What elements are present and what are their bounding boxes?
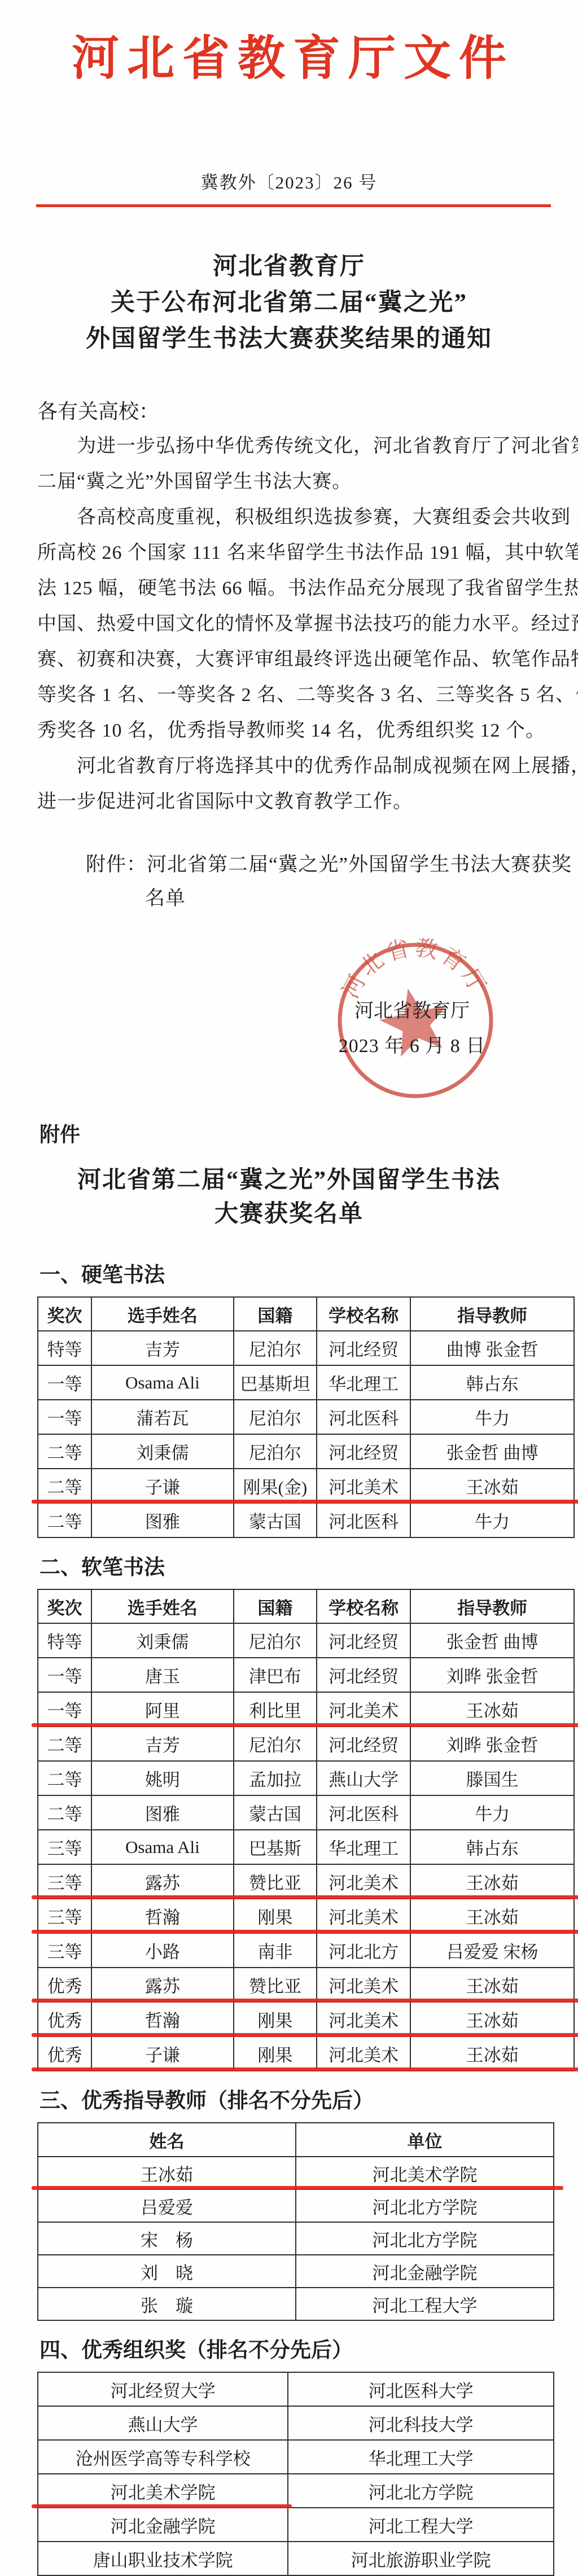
soft-pen-table-wrap: 奖次选手姓名国籍学校名称指导教师特等刘秉儒尼泊尔河北经贸张金哲 曲博一等唐玉津巴… bbox=[37, 1589, 575, 2071]
table-cell: 河北美术学院 bbox=[38, 2474, 288, 2508]
table-cell: 王冰茹 bbox=[410, 1469, 574, 1503]
table-cell: 河北工程大学 bbox=[296, 2288, 554, 2320]
table-row: 刘 晓河北金融学院 bbox=[38, 2255, 554, 2288]
teachers-table-wrap: 姓名单位王冰茹河北美术学院吕爱爱河北北方学院宋 杨河北北方学院刘 晓河北金融学院… bbox=[37, 2122, 554, 2321]
table-cell: 张金哲 曲博 bbox=[410, 1434, 574, 1469]
table-cell: 河北美术 bbox=[317, 1692, 410, 1727]
table-row: 唐山职业技术学院河北旅游职业学院 bbox=[38, 2542, 554, 2575]
column-header: 选手姓名 bbox=[91, 1589, 234, 1623]
table-cell: 河北经贸 bbox=[317, 1658, 410, 1692]
table-cell: 王冰茹 bbox=[410, 1864, 574, 1899]
table-cell: 河北旅游职业学院 bbox=[288, 2542, 554, 2575]
table-cell: 河北北方学院 bbox=[296, 2189, 554, 2222]
award-table: 河北经贸大学河北医科大学燕山大学河北科技大学沧州医学高等专科学校华北理工大学河北… bbox=[37, 2372, 554, 2576]
table-cell: 河北经贸 bbox=[317, 1331, 410, 1365]
table-cell: 张金哲 曲博 bbox=[410, 1623, 574, 1658]
header-row: 奖次选手姓名国籍学校名称指导教师 bbox=[38, 1589, 574, 1623]
table-cell: 河北医科 bbox=[317, 1503, 410, 1537]
table-row: 宋 杨河北北方学院 bbox=[38, 2222, 554, 2255]
table-cell: 哲瀚 bbox=[91, 2002, 234, 2036]
table-cell: Osama Ali bbox=[91, 1365, 234, 1400]
column-header: 单位 bbox=[296, 2123, 554, 2157]
table-row: 三等露苏赞比亚河北美术王冰茹 bbox=[38, 1864, 574, 1899]
table-row: 张 璇河北工程大学 bbox=[38, 2288, 554, 2320]
table-cell: 河北美术学院 bbox=[296, 2157, 554, 2189]
table-cell: 河北美术 bbox=[317, 1469, 410, 1503]
table-cell: 特等 bbox=[38, 1623, 91, 1658]
table-row: 特等刘秉儒尼泊尔河北经贸张金哲 曲博 bbox=[38, 1623, 574, 1658]
table-cell: 优秀 bbox=[38, 1968, 91, 2002]
table-cell: 孟加拉 bbox=[234, 1761, 317, 1795]
table-cell: 华北理工大学 bbox=[288, 2440, 554, 2474]
table-cell: 尼泊尔 bbox=[234, 1727, 317, 1761]
table-cell: 二等 bbox=[38, 1761, 91, 1795]
table-cell: 河北金融学院 bbox=[296, 2255, 554, 2288]
column-header: 姓名 bbox=[38, 2123, 296, 2157]
table-cell: 韩占东 bbox=[410, 1830, 574, 1864]
table-cell: 一等 bbox=[38, 1658, 91, 1692]
table-cell: 一等 bbox=[38, 1400, 91, 1434]
table-cell: 河北经贸 bbox=[317, 1434, 410, 1469]
table-cell: 燕山大学 bbox=[317, 1761, 410, 1795]
table-row: 一等Osama Ali巴基斯坦华北理工韩占东 bbox=[38, 1365, 574, 1400]
table-cell: 河北科技大学 bbox=[288, 2406, 554, 2440]
table-cell: 河北北方学院 bbox=[288, 2474, 554, 2508]
text-line: 大赛获奖名单 bbox=[0, 1197, 578, 1231]
table-cell: 王冰茹 bbox=[410, 1899, 574, 1933]
text-line: 河北省教育厅 bbox=[0, 249, 578, 285]
text-line: 附件：河北省第二届“冀之光”外国留学生书法大赛获奖 bbox=[86, 848, 578, 882]
text-line: 所高校 26 个国家 111 名来华留学生书法作品 191 幅，其中软笔书 bbox=[37, 535, 550, 571]
section-heading-teachers: 三、优秀指导教师（排名不分先后） bbox=[40, 2087, 578, 2114]
table-cell: 利比里 bbox=[234, 1692, 317, 1727]
text-line: 法 125 幅，硬笔书法 66 幅。书法作品充分展现了我省留学生热爱 bbox=[37, 571, 550, 606]
section-heading-organization: 四、优秀组织奖（排名不分先后） bbox=[40, 2337, 578, 2364]
column-header: 国籍 bbox=[234, 1589, 317, 1623]
text-line: 外国留学生书法大赛获奖结果的通知 bbox=[0, 321, 578, 357]
table-cell: 哲瀚 bbox=[91, 1899, 234, 1933]
table-cell: 露苏 bbox=[91, 1968, 234, 2002]
text-line: 等奖各 1 名、一等奖各 2 名、二等奖各 3 名、三等奖各 5 名、优 bbox=[37, 677, 550, 713]
table-cell: 津巴布 bbox=[234, 1658, 317, 1692]
table-row: 河北经贸大学河北医科大学 bbox=[38, 2372, 554, 2406]
table-cell: 姚明 bbox=[91, 1761, 234, 1795]
table-cell: 河北金融学院 bbox=[38, 2508, 288, 2542]
table-cell: 一等 bbox=[38, 1692, 91, 1727]
table-cell: 河北经贸 bbox=[317, 1727, 410, 1761]
table-cell: 吉芳 bbox=[91, 1727, 234, 1761]
table-cell: 滕国生 bbox=[410, 1761, 574, 1795]
table-cell: 刘晔 张金哲 bbox=[410, 1727, 574, 1761]
text-line: 名单 bbox=[86, 882, 578, 915]
table-cell: 刚果 bbox=[234, 1899, 317, 1933]
table-cell: 张 璇 bbox=[38, 2288, 296, 2320]
table-cell: 王冰茹 bbox=[410, 1968, 574, 2002]
table-row: 二等图雅蒙古国河北医科牛力 bbox=[38, 1503, 574, 1537]
table-cell: 曲博 张金哲 bbox=[410, 1331, 574, 1365]
table-cell: 南非 bbox=[234, 1933, 317, 1968]
table-cell: 二等 bbox=[38, 1434, 91, 1469]
table-cell: 吕爱爱 bbox=[38, 2189, 296, 2222]
table-cell: 吕爱爱 宋杨 bbox=[410, 1933, 574, 1968]
table-cell: 优秀 bbox=[38, 2036, 91, 2071]
signature-agency: 河北省教育厅 bbox=[322, 999, 502, 1024]
table-cell: 巴基斯坦 bbox=[234, 1365, 317, 1400]
text-line: 秀奖各 10 名，优秀指导教师奖 14 名，优秀组织奖 12 个。 bbox=[37, 713, 550, 748]
table-cell: 燕山大学 bbox=[38, 2406, 288, 2440]
document-title: 河北省教育厅关于公布河北省第二届“冀之光”外国留学生书法大赛获奖结果的通知 bbox=[0, 249, 578, 357]
table-cell: 河北医科 bbox=[317, 1795, 410, 1830]
document-masthead: 河北省教育厅文件 bbox=[0, 26, 578, 93]
table-cell: 二等 bbox=[38, 1727, 91, 1761]
body-paragraphs: 为进一步弘扬中华优秀传统文化，河北省教育厅了河北省第二届“冀之光”外国留学生书法… bbox=[37, 428, 550, 820]
text-line: 为进一步弘扬中华优秀传统文化，河北省教育厅了河北省第 bbox=[37, 428, 550, 464]
table-cell: 小路 bbox=[91, 1933, 234, 1968]
document-number: 冀教外〔2023〕26 号 bbox=[0, 172, 578, 194]
signature-block: 河北省教育厅 河北省教育厅 2023 年 6 月 8 日 bbox=[0, 937, 578, 1109]
column-header: 选手姓名 bbox=[91, 1297, 234, 1331]
attachment-label: 附件 bbox=[40, 1121, 578, 1147]
table-cell: 唐玉 bbox=[91, 1658, 234, 1692]
table-cell: 图雅 bbox=[91, 1795, 234, 1830]
table-cell: 牛力 bbox=[410, 1795, 574, 1830]
table-cell: 沧州医学高等专科学校 bbox=[38, 2440, 288, 2474]
table-cell: 三等 bbox=[38, 1899, 91, 1933]
table-cell: 特等 bbox=[38, 1331, 91, 1365]
table-row: 河北金融学院河北工程大学 bbox=[38, 2508, 554, 2542]
section-heading-soft-pen: 二、软笔书法 bbox=[40, 1554, 578, 1581]
table-cell: 刚果 bbox=[234, 2002, 317, 2036]
table-cell: 牛力 bbox=[410, 1503, 574, 1537]
table-row: 三等哲瀚刚果河北美术王冰茹 bbox=[38, 1899, 574, 1933]
table-cell: 唐山职业技术学院 bbox=[38, 2542, 288, 2575]
table-row: 二等图雅蒙古国河北医科牛力 bbox=[38, 1795, 574, 1830]
table-cell: 刚果(金) bbox=[234, 1469, 317, 1503]
column-header: 指导教师 bbox=[410, 1297, 574, 1331]
table-cell: 刘秉儒 bbox=[91, 1623, 234, 1658]
table-row: 二等姚明孟加拉燕山大学滕国生 bbox=[38, 1761, 574, 1795]
table-cell: 河北北方 bbox=[317, 1933, 410, 1968]
text-line: 河北省教育厅将选择其中的优秀作品制成视频在网上展播， bbox=[37, 748, 550, 784]
table-cell: 王冰茹 bbox=[410, 2002, 574, 2036]
table-row: 一等唐玉津巴布河北经贸刘晔 张金哲 bbox=[38, 1658, 574, 1692]
table-cell: 华北理工 bbox=[317, 1365, 410, 1400]
section-heading-hard-pen: 一、硬笔书法 bbox=[40, 1261, 578, 1289]
table-cell: 子谦 bbox=[91, 2036, 234, 2071]
scanned-document-page: 河北省教育厅文件 冀教外〔2023〕26 号 河北省教育厅关于公布河北省第二届“… bbox=[0, 0, 578, 2576]
table-row: 优秀子谦刚果河北美术王冰茹 bbox=[38, 2036, 574, 2071]
column-header: 指导教师 bbox=[410, 1589, 574, 1623]
text-line: 中国、热爱中国文化的情怀及掌握书法技巧的能力水平。经过预 bbox=[37, 606, 550, 642]
table-row: 优秀露苏赞比亚河北美术王冰茹 bbox=[38, 1968, 574, 2002]
text-line: 河北省第二届“冀之光”外国留学生书法 bbox=[0, 1163, 578, 1197]
table-cell: 河北美术 bbox=[317, 1968, 410, 2002]
table-row: 吕爱爱河北北方学院 bbox=[38, 2189, 554, 2222]
column-header: 学校名称 bbox=[317, 1589, 410, 1623]
table-cell: 三等 bbox=[38, 1864, 91, 1899]
text-line: 关于公布河北省第二届“冀之光” bbox=[0, 285, 578, 321]
header-row: 奖次选手姓名国籍学校名称指导教师 bbox=[38, 1297, 574, 1331]
header-row: 姓名单位 bbox=[38, 2123, 554, 2157]
table-cell: 河北经贸 bbox=[317, 1623, 410, 1658]
attachment-note: 附件：河北省第二届“冀之光”外国留学生书法大赛获奖名单 bbox=[86, 848, 578, 915]
table-row: 一等阿里利比里河北美术王冰茹 bbox=[38, 1692, 574, 1727]
table-row: 一等蒲若瓦尼泊尔河北医科牛力 bbox=[38, 1400, 574, 1434]
table-cell: 三等 bbox=[38, 1830, 91, 1864]
table-cell: 河北美术 bbox=[317, 1864, 410, 1899]
award-table: 奖次选手姓名国籍学校名称指导教师特等刘秉儒尼泊尔河北经贸张金哲 曲博一等唐玉津巴… bbox=[37, 1589, 575, 2071]
signature-date: 2023 年 6 月 8 日 bbox=[322, 1034, 502, 1059]
table-cell: 王冰茹 bbox=[410, 2036, 574, 2071]
table-cell: 尼泊尔 bbox=[234, 1331, 317, 1365]
table-cell: 宋 杨 bbox=[38, 2222, 296, 2255]
table-cell: 河北美术 bbox=[317, 2002, 410, 2036]
table-cell: 图雅 bbox=[91, 1503, 234, 1537]
table-cell: 王冰茹 bbox=[38, 2157, 296, 2189]
text-line: 各高校高度重视，积极组织选拔参赛，大赛组委会共收到 12 bbox=[37, 500, 550, 535]
table-cell: 尼泊尔 bbox=[234, 1434, 317, 1469]
table-cell: 刚果 bbox=[234, 2036, 317, 2071]
table-row: 王冰茹河北美术学院 bbox=[38, 2157, 554, 2189]
table-cell: 蒙古国 bbox=[234, 1795, 317, 1830]
column-header: 奖次 bbox=[38, 1297, 91, 1331]
table-row: 二等刘秉儒尼泊尔河北经贸张金哲 曲博 bbox=[38, 1434, 574, 1469]
table-row: 燕山大学河北科技大学 bbox=[38, 2406, 554, 2440]
award-table: 奖次选手姓名国籍学校名称指导教师特等吉芳尼泊尔河北经贸曲博 张金哲一等Osama… bbox=[37, 1296, 575, 1538]
table-cell: 刘 晓 bbox=[38, 2255, 296, 2288]
table-cell: 河北北方学院 bbox=[296, 2222, 554, 2255]
table-row: 河北美术学院河北北方学院 bbox=[38, 2474, 554, 2508]
column-header: 学校名称 bbox=[317, 1297, 410, 1331]
text-line: 二届“冀之光”外国留学生书法大赛。 bbox=[37, 464, 550, 500]
hard-pen-table-wrap: 奖次选手姓名国籍学校名称指导教师特等吉芳尼泊尔河北经贸曲博 张金哲一等Osama… bbox=[37, 1296, 575, 1538]
table-cell: 赞比亚 bbox=[234, 1864, 317, 1899]
attachment-title: 河北省第二届“冀之光”外国留学生书法大赛获奖名单 bbox=[0, 1163, 578, 1231]
table-cell: 尼泊尔 bbox=[234, 1623, 317, 1658]
table-row: 沧州医学高等专科学校华北理工大学 bbox=[38, 2440, 554, 2474]
table-cell: 一等 bbox=[38, 1365, 91, 1400]
table-row: 二等子谦刚果(金)河北美术王冰茹 bbox=[38, 1469, 574, 1503]
table-row: 三等小路南非河北北方吕爱爱 宋杨 bbox=[38, 1933, 574, 1968]
column-header: 奖次 bbox=[38, 1589, 91, 1623]
table-cell: 巴基斯 bbox=[234, 1830, 317, 1864]
table-cell: 尼泊尔 bbox=[234, 1400, 317, 1434]
table-cell: 蒙古国 bbox=[234, 1503, 317, 1537]
table-cell: 三等 bbox=[38, 1933, 91, 1968]
text-line: 进一步促进河北省国际中文教育教学工作。 bbox=[37, 784, 550, 820]
salutation: 各有关高校： bbox=[37, 397, 578, 426]
table-cell: 韩占东 bbox=[410, 1365, 574, 1400]
award-table: 姓名单位王冰茹河北美术学院吕爱爱河北北方学院宋 杨河北北方学院刘 晓河北金融学院… bbox=[37, 2122, 554, 2321]
table-cell: 河北美术 bbox=[317, 1899, 410, 1933]
table-row: 特等吉芳尼泊尔河北经贸曲博 张金哲 bbox=[38, 1331, 574, 1365]
table-cell: Osama Ali bbox=[91, 1830, 234, 1864]
table-cell: 河北医科 bbox=[317, 1400, 410, 1434]
table-cell: 刘秉儒 bbox=[91, 1434, 234, 1469]
table-cell: 河北工程大学 bbox=[288, 2508, 554, 2542]
text-line: 赛、初赛和决赛，大赛评审组最终评选出硬笔作品、软笔作品特 bbox=[37, 642, 550, 677]
table-cell: 露苏 bbox=[91, 1864, 234, 1899]
table-cell: 优秀 bbox=[38, 2002, 91, 2036]
table-row: 三等Osama Ali巴基斯华北理工韩占东 bbox=[38, 1830, 574, 1864]
table-cell: 刘晔 张金哲 bbox=[410, 1658, 574, 1692]
table-cell: 二等 bbox=[38, 1503, 91, 1537]
table-cell: 阿里 bbox=[91, 1692, 234, 1727]
table-cell: 河北经贸大学 bbox=[38, 2372, 288, 2406]
table-cell: 吉芳 bbox=[91, 1331, 234, 1365]
table-row: 优秀哲瀚刚果河北美术王冰茹 bbox=[38, 2002, 574, 2036]
table-row: 二等吉芳尼泊尔河北经贸刘晔 张金哲 bbox=[38, 1727, 574, 1761]
table-cell: 牛力 bbox=[410, 1400, 574, 1434]
table-cell: 河北医科大学 bbox=[288, 2372, 554, 2406]
table-cell: 二等 bbox=[38, 1795, 91, 1830]
table-cell: 河北美术 bbox=[317, 2036, 410, 2071]
table-cell: 赞比亚 bbox=[234, 1968, 317, 2002]
table-cell: 华北理工 bbox=[317, 1830, 410, 1864]
column-header: 国籍 bbox=[234, 1297, 317, 1331]
red-divider-rule bbox=[36, 204, 551, 207]
table-cell: 蒲若瓦 bbox=[91, 1400, 234, 1434]
table-cell: 王冰茹 bbox=[410, 1692, 574, 1727]
table-cell: 子谦 bbox=[91, 1469, 234, 1503]
table-cell: 二等 bbox=[38, 1469, 91, 1503]
organization-table-wrap: 河北经贸大学河北医科大学燕山大学河北科技大学沧州医学高等专科学校华北理工大学河北… bbox=[37, 2372, 554, 2576]
